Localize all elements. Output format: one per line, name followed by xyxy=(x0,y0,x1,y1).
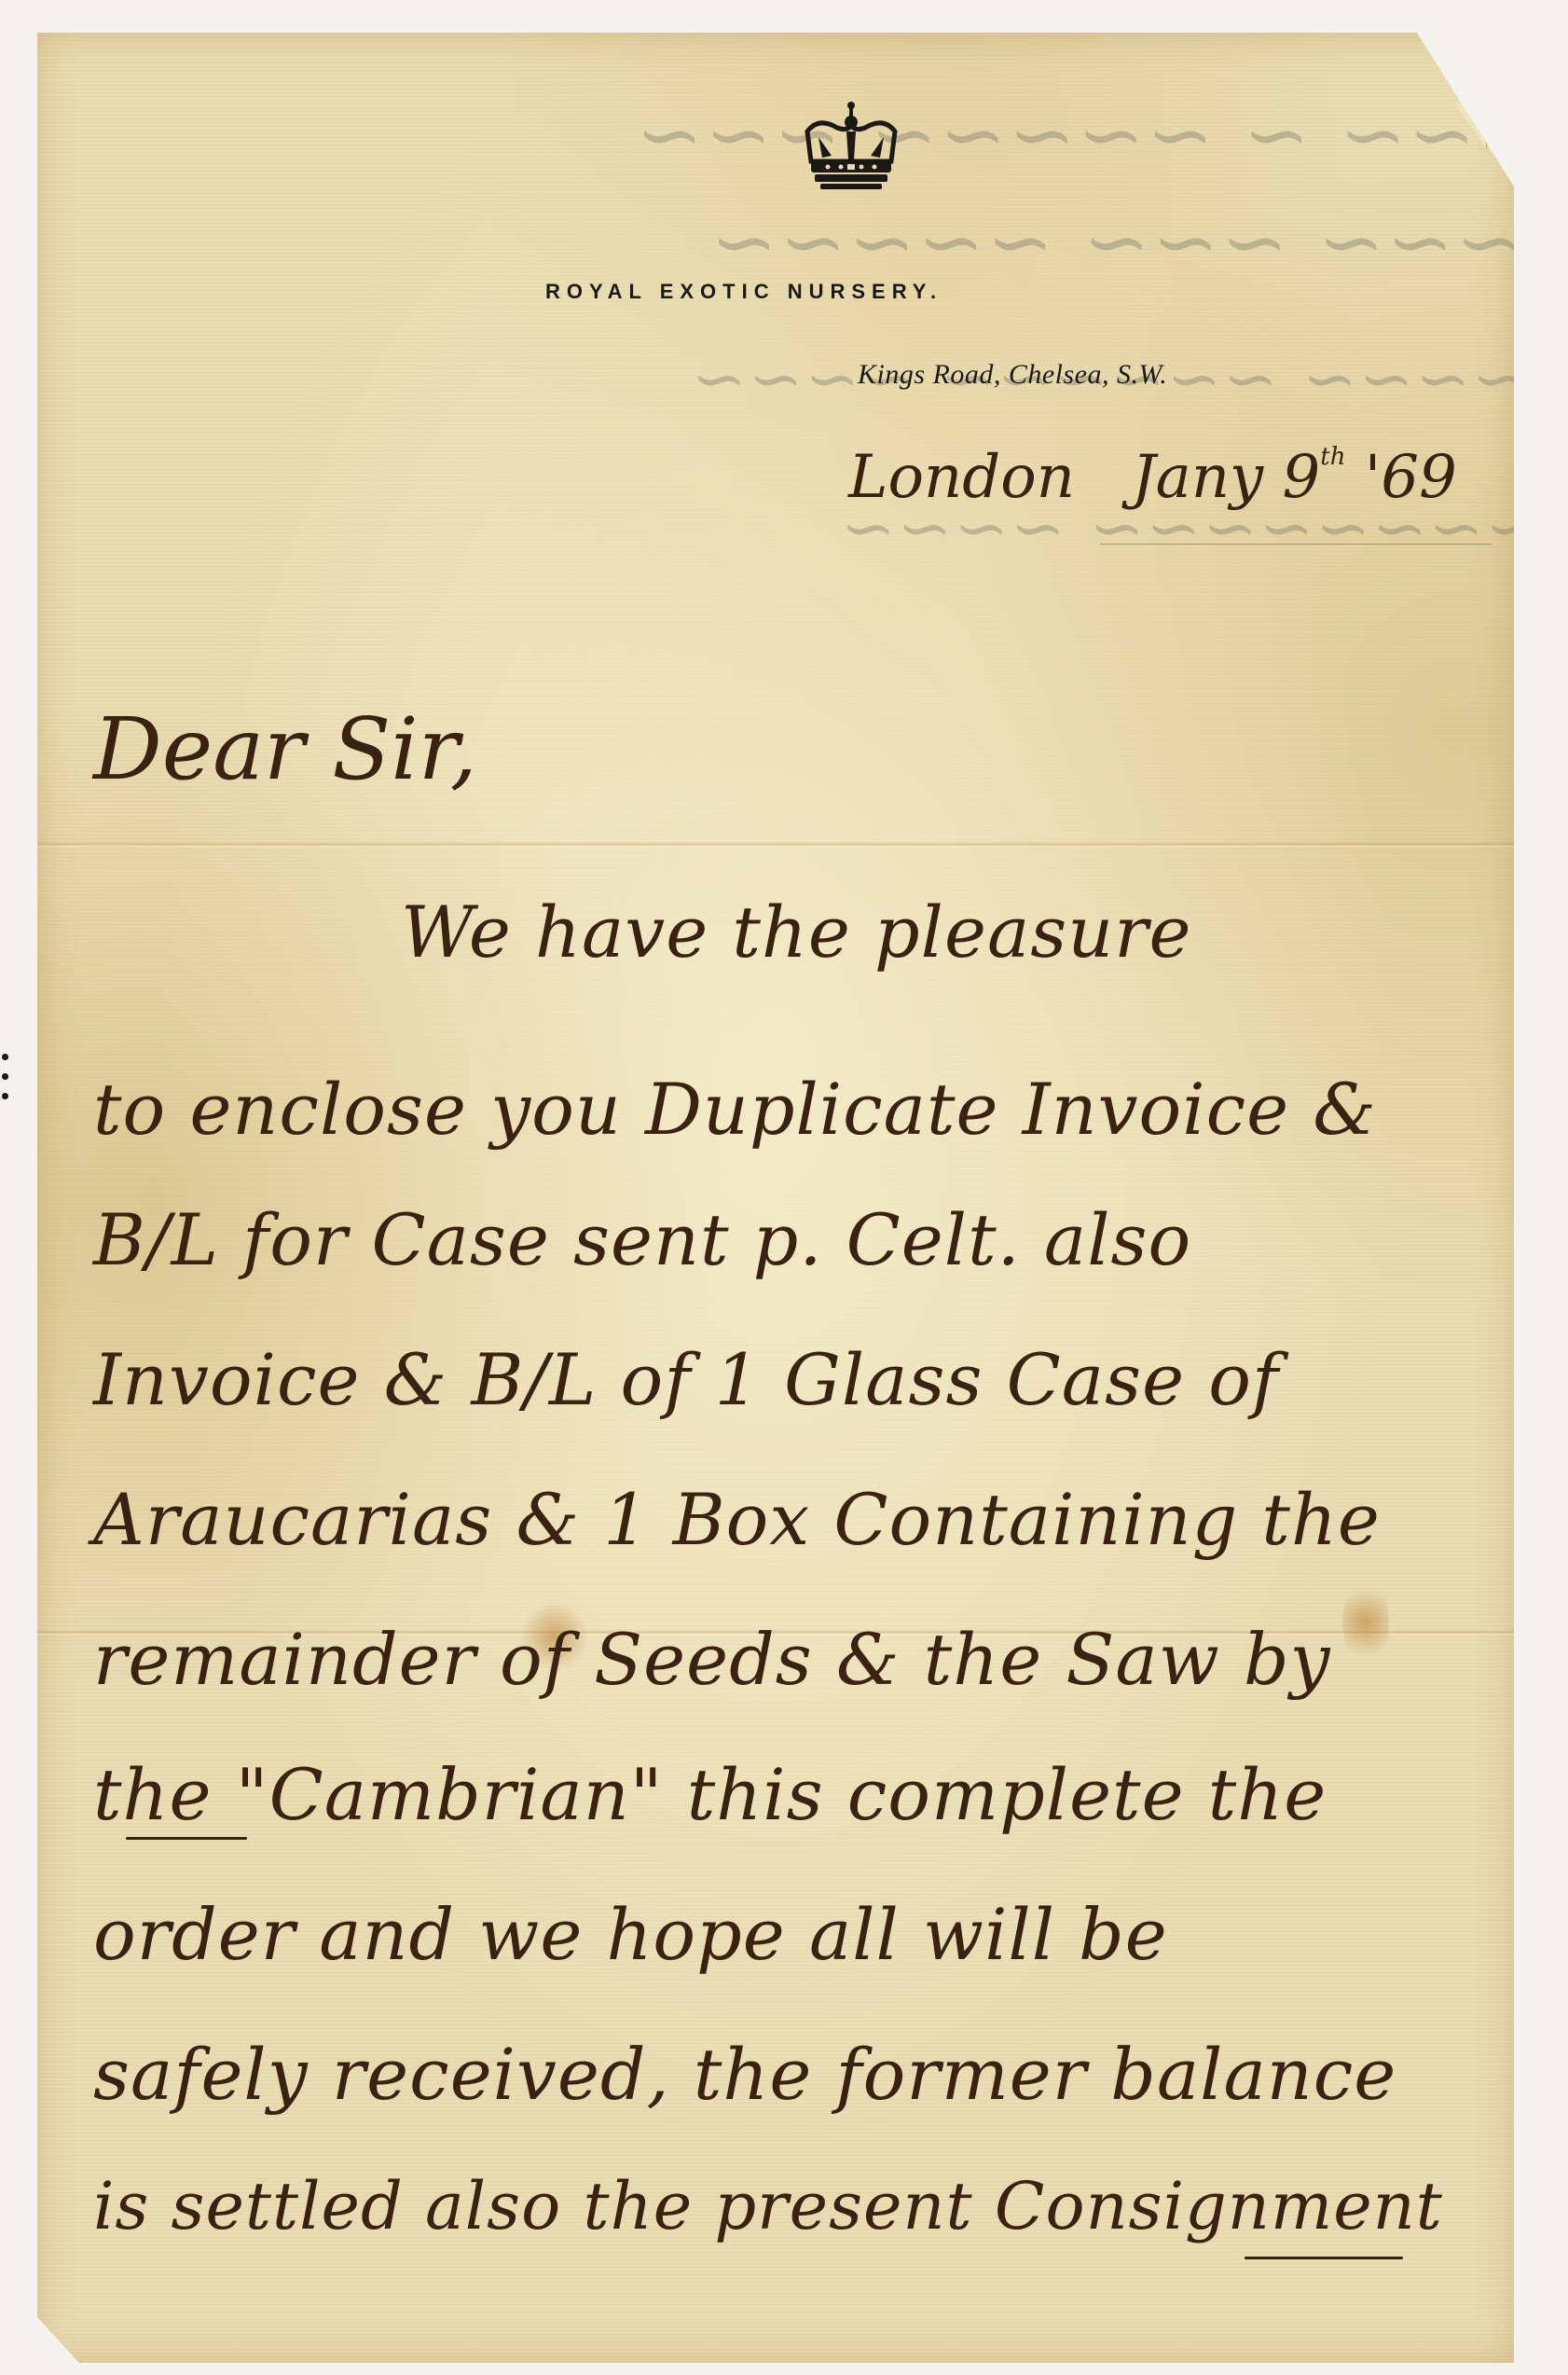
dateline: London Jany 9th '69 xyxy=(848,443,1457,512)
water-stain xyxy=(1342,1581,1389,1664)
body-line-8: order and we hope all will be xyxy=(93,1893,1168,1976)
dateline-day: 9 xyxy=(1283,443,1321,512)
letter-sheet: ~~~~ ~ ~~~~~ ~~~ ~~ ~~~ ~~~ ~~~~~ ~~~~~ … xyxy=(37,33,1514,2363)
dateline-day-suffix: th xyxy=(1320,443,1345,471)
body-line-6: remainder of Seeds & the Saw by xyxy=(93,1618,1331,1701)
fold-line xyxy=(37,842,1514,848)
bleed-through-writing: ~~~~ ~ ~~~~~ ~~~ xyxy=(634,89,1568,182)
dateline-year: '69 xyxy=(1365,443,1457,512)
crown-icon xyxy=(800,100,902,191)
dateline-month: Jany xyxy=(1132,443,1263,512)
underline-consignment xyxy=(1245,2257,1403,2259)
dateline-rule xyxy=(1100,544,1492,545)
body-line-7: the "Cambrian" this complete the xyxy=(93,1753,1327,1836)
body-line-1: We have the pleasure xyxy=(401,891,1192,973)
body-line-3: B/L for Case sent p. Celt. also xyxy=(93,1198,1191,1281)
dateline-place: London xyxy=(848,443,1075,512)
body-line-9: safely received, the former balance xyxy=(93,2033,1396,2116)
bleed-through-writing: ~~ ~~~ ~~~ ~~~~~ xyxy=(708,196,1568,289)
underline-cambrian xyxy=(126,1837,247,1840)
body-line-10: is settled also the present Consignment xyxy=(93,2168,1443,2244)
letterhead-title: ROYAL EXOTIC NURSERY. xyxy=(545,280,942,304)
letterhead-address: Kings Road, Chelsea, S.W. xyxy=(858,359,1167,391)
body-line-2: to enclose you Duplicate Invoice & xyxy=(93,1068,1377,1151)
salutation: Dear Sir, xyxy=(93,699,477,799)
scan-margin-marks xyxy=(0,1054,13,1112)
body-line-5: Araucarias & 1 Box Containing the xyxy=(93,1478,1381,1561)
body-line-4: Invoice & B/L of 1 Glass Case of xyxy=(93,1338,1279,1421)
